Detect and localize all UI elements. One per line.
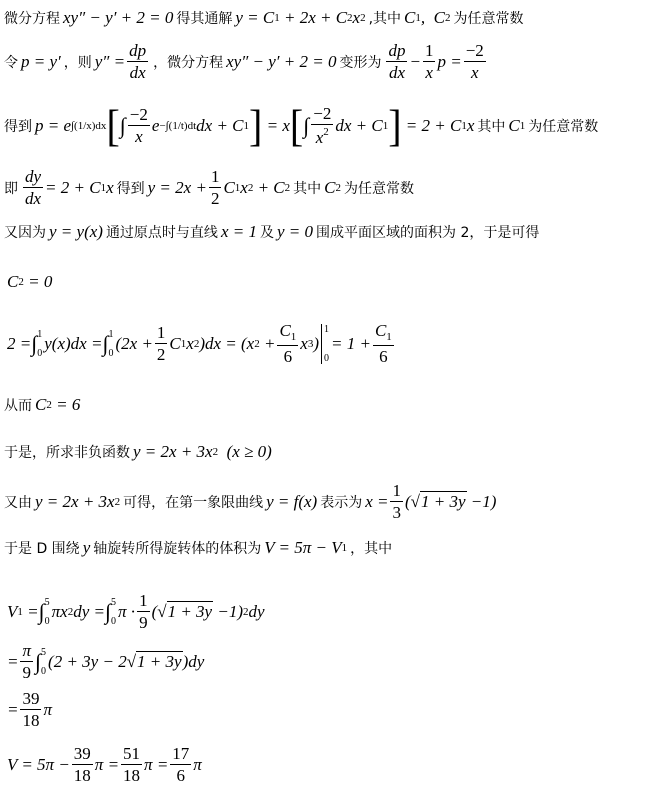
math-x-eq-1: x = 1: [221, 222, 257, 242]
math-function: y = 2x + 3x2: [35, 492, 120, 512]
text: 通过原点时与直线: [106, 222, 218, 242]
text: 其中: [477, 116, 505, 136]
math-linear-ode: dpdx − 1x p = −2x: [384, 42, 487, 81]
text: 为任意常数: [453, 8, 523, 28]
line-function: 于是，所求非负函数 y = 2x + 3x2 (x ≥ 0): [4, 442, 275, 462]
text: ,其中: [369, 8, 401, 28]
line-v-result: V = 5π − 3918π = 5118π = 176π: [4, 745, 205, 784]
text: 为任意常数: [344, 178, 414, 198]
line-volume-setup: 于是 D 围绕 y 轴旋转所得旋转体的体积为 V = 5π − V1 ，其中: [4, 538, 392, 558]
math-yyx: y = y(x): [49, 222, 103, 242]
text: 即: [4, 178, 18, 198]
text: ，则: [64, 52, 92, 72]
text: 得到: [117, 178, 145, 198]
line-v1-result: = 3918π: [4, 690, 55, 729]
text: 围成平面区域的面积为 2，于是可得: [316, 222, 539, 242]
math-p-def: p = y′: [21, 52, 61, 72]
text: 于是 D 围绕: [4, 538, 80, 558]
text: 于是，所求非负函数: [4, 442, 130, 462]
fraction: dpdx: [127, 42, 148, 81]
math-y-eq-0: y = 0: [277, 222, 313, 242]
text: 轴旋转所得旋转体的体积为: [93, 538, 261, 558]
text: 为任意常数: [528, 116, 598, 136]
text: 又因为: [4, 222, 46, 242]
text: 微分方程: [4, 8, 60, 28]
text: 得到: [4, 116, 32, 136]
text: 从而: [4, 395, 32, 415]
math-ode: xy″ − y′ + 2 = 0: [226, 52, 336, 72]
line-v1-integral: V1 = ∫50πx2dy = ∫50π · 19 (√1 + 3y −1)2d…: [4, 592, 268, 631]
text: 变形为: [339, 52, 381, 72]
text: 可得，在第一象限曲线: [123, 492, 263, 512]
line-p-solution: 得到 p = e∫(1/x)dx [∫ −2x e−∫(1/t)dtdx + C…: [4, 105, 598, 146]
math-v1: V1 = ∫50πx2dy = ∫50π · 19 (√1 + 3y −1)2d…: [7, 592, 265, 631]
math-volume: V = 5π − V1: [264, 538, 347, 558]
math-c1: C1: [508, 116, 525, 136]
text: ，微分方程: [153, 52, 223, 72]
math-function: y = 2x + 3x2 (x ≥ 0): [133, 442, 272, 462]
line-v1-expand: = π9 ∫50(2 + 3y − 2√1 + 3y)dy: [4, 642, 207, 681]
text: 又由: [4, 492, 32, 512]
math-p-formula: p = e∫(1/x)dx [∫ −2x e−∫(1/t)dtdx + C1] …: [35, 105, 474, 146]
math-y-formula: y = 2x + 12 C1x2 + C2: [148, 168, 291, 207]
math-general-solution: y = C1 + 2x + C2x2: [235, 8, 365, 28]
text: ，其中: [350, 538, 392, 558]
math-area-integral: 2 = ∫10y(x)dx = ∫10(2x + 12 C1x2)dx = (x…: [7, 322, 396, 365]
line-substitution: 令 p = y′ ，则 y″ = dpdx ，微分方程 xy″ − y′ + 2…: [4, 42, 491, 81]
math-v-result: V = 5π − 3918π = 5118π = 176π: [7, 745, 202, 784]
math-c2-eq-6: C2 = 6: [35, 395, 80, 415]
math-v1-result: = 3918π: [7, 690, 52, 729]
text: 得其通解: [176, 8, 232, 28]
text: 表示为: [320, 492, 362, 512]
text: 及: [260, 222, 274, 242]
text: 令: [4, 52, 18, 72]
math-y-axis: y: [83, 538, 91, 558]
text: 其中: [293, 178, 321, 198]
line-y-solution: 即 dydx = 2 + C1x 得到 y = 2x + 12 C1x2 + C…: [4, 168, 414, 207]
math-inverse: x = 13 (√1 + 3y −1): [365, 482, 496, 521]
math-fx: y = f(x): [266, 492, 317, 512]
math-c2: C2: [324, 178, 341, 198]
line-general-solution: 微分方程 xy″ − y′ + 2 = 0 得其通解 y = C1 + 2x +…: [4, 8, 523, 28]
math-dydx: dydx = 2 + C1x: [21, 168, 114, 207]
line-c2-six: 从而 C2 = 6: [4, 395, 83, 415]
math-v1-expand: = π9 ∫50(2 + 3y − 2√1 + 3y)dy: [7, 642, 204, 681]
math-c2-eq-0: C2 = 0: [7, 272, 52, 292]
line-inverse: 又由 y = 2x + 3x2 可得，在第一象限曲线 y = f(x) 表示为 …: [4, 482, 499, 521]
math-ode: xy″ − y′ + 2 = 0: [63, 8, 173, 28]
math-y-double-prime: y″ = dpdx: [95, 42, 150, 81]
math-constants: C1, C2: [404, 8, 450, 28]
line-area-integral: 2 = ∫10y(x)dx = ∫10(2x + 12 C1x2)dx = (x…: [4, 322, 399, 365]
line-area-condition: 又因为 y = y(x) 通过原点时与直线 x = 1 及 y = 0 围成平面…: [4, 222, 539, 242]
line-c2-zero: C2 = 0: [4, 272, 55, 292]
